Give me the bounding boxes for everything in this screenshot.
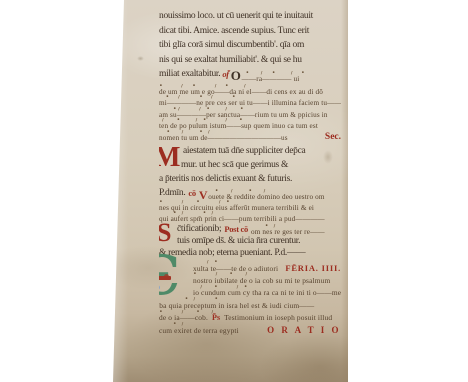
text-block: nouissimo loco. ut cū uenerit qui te inu… xyxy=(159,9,341,335)
chant-text: xulta te——te de o adiutori xyxy=(193,265,278,272)
prayer-text-line: a p̄teritis nos delictis exuant & futuri… xyxy=(159,172,341,186)
chant-line: ″ ′ ∙∕ ″ ′ ∕ ∙ ″′ ∕ ″ ∙ am su————per san… xyxy=(159,107,341,118)
gospel-text-line: nouissimo loco. ut cū uenerit qui te inu… xyxy=(159,9,341,24)
gospel-text-line: nis qui se exaltat humiliabit'. & qui se… xyxy=(159,53,341,68)
communio-start-line: P.dmīn. cō V ′ ∙ ″ ∕ ′″ ∙ ′ ∕ ouete & re… xyxy=(159,186,341,200)
oratio-line: ′ ″ ∙ ∕ ′ cum exiret de terra egypti O R… xyxy=(159,322,341,335)
prayer-text: P.dmīn. xyxy=(159,186,185,200)
chant-text: ten de po pulum istum——sup quem inuo ca … xyxy=(159,123,341,129)
photo-background: nouissimo loco. ut cū uenerit qui te inu… xyxy=(0,0,468,382)
chant-line: ∙ ″ ′ ∕ ″ ∙ ′ ″ ∕ ∙ ′ nes qui in circuit… xyxy=(159,200,341,211)
rubric-postcommunio: Post cō xyxy=(224,223,248,235)
chant-text: de um me um e go——da ni el——di cens ex a… xyxy=(159,89,341,95)
chant-initial-o: O xyxy=(231,70,241,82)
chant-segment: ″ ′ ∙ ∕ ″ ′ om nes re ges ter re—— xyxy=(251,224,341,235)
chant-text: ——ra———— ui xyxy=(242,76,341,82)
chant-text: mi————ne pre ces ser ui tu——i illumina f… xyxy=(159,100,341,106)
psalm-verse-line: ∙ ″ ′ ∕ ″ ∙ ′ ∕ ″ de o ia——cob. P̄s Test… xyxy=(159,310,341,323)
chant-line: ″ ∙ ′ ∕ ″′ ∙ ∕ ″ ′ nomen tu um de———————… xyxy=(159,130,341,141)
chant-line: ′ ∙″ ∕ ′ ″ ∙ ′∕ ″ ′ ∙ ″ mi————ne pre ces… xyxy=(159,95,341,106)
initial-m: M xyxy=(159,145,180,171)
manuscript-page: nouissimo loco. ut cū uenerit qui te inu… xyxy=(113,0,348,382)
chant-text: om nes re ges ter re—— xyxy=(251,229,341,235)
rubric-offertory: of̄ xyxy=(222,67,228,82)
chant-segment: ′ ∙ ″ ∕ ′″ ∙ ′ ∕ ouete & reddite domino … xyxy=(208,189,341,200)
rubric-secreta: Sec. xyxy=(325,134,341,141)
gospel-text: miliat exaltabitur. xyxy=(159,67,220,82)
communio-chant-section: ∙ ″ ′ ∕ ″ ∙ ′ ″ ∕ ∙ ′ nes qui in circuit… xyxy=(159,200,341,223)
rubric-feria-iiii: FĒRIA. IIII. xyxy=(285,264,341,272)
chant-text: cum exiret de terra egypti O R A T I O xyxy=(159,327,341,334)
prayer-text-line: mur. ut hec scā que gerimus & xyxy=(159,158,341,172)
chant-text: nostro iubilate de o ia cob su mi te psa… xyxy=(193,277,341,284)
gospel-text-line: tibi glīa corā simul discumbentib'. qīa … xyxy=(159,38,341,53)
initial-e-red-bar xyxy=(159,276,171,280)
introit-section: Є ′ ″ ∕ ∙ ″′ xulta te——te de o adiutori … xyxy=(159,259,341,335)
chant-line: ∙′″ ′ ∕ ″∙ ′ ″ ∕′ ∙ ″ ′∕ de um me um e g… xyxy=(159,84,341,95)
chant-text: am su————per sanctua——rium tu um & ppici… xyxy=(159,112,341,118)
chant-text: io cundum cum cy tha ra ca ni te ini ti … xyxy=(193,289,341,296)
secreta-section: M aiestatem tuā dn̄e suppliciter dep̄ca … xyxy=(159,144,341,200)
rubric-psalm: P̄s xyxy=(212,313,220,322)
chant-segment: ″∙ ′ ∕″ ∙′ ″ ∕ ′∙ ——ra———— ui xyxy=(242,71,341,82)
initial-e-glyph: Є xyxy=(159,243,180,307)
chant-initial-v: V xyxy=(199,190,207,200)
illuminated-initial-e: Є xyxy=(159,250,189,306)
postcommunio-line: c̄tificationib; Post cō ″ ′ ∙ ∕ ″ ′ om n… xyxy=(159,223,341,235)
initial-s: S xyxy=(159,221,171,245)
prayer-text-line: tuis omīpe ds̄. & uicia n̄ra curentur. xyxy=(159,235,341,247)
chant-text: nes qui in circuitu eius afferūt munera … xyxy=(159,205,341,211)
prayer-text-line: aiestatem tuā dn̄e suppliciter dep̄ca xyxy=(159,144,341,158)
gospel-chant-line: miliat exaltabitur. of̄ O ″∙ ′ ∕″ ∙′ ″ ∕… xyxy=(159,67,341,82)
gospel-text-line: dicat tibi. Amice. ascende supius. Tunc … xyxy=(159,24,341,39)
chant-text: de o ia——cob. P̄s Testimonium in ioseph … xyxy=(159,314,341,321)
chant-line: ′∕ ″ ∙ ′ ″∕ ∙ ′ ″ ∕ ′ ∙ ten de po pulum … xyxy=(159,118,341,129)
parchment-stain xyxy=(137,56,144,61)
offertory-chant-section: ∙′″ ′ ∕ ″∙ ′ ″ ∕′ ∙ ″ ′∕ de um me um e g… xyxy=(159,84,341,141)
chant-line: ′ ″ ∙ ∕ ′ ″ ∙ ∕ ″ ′ qui aufert spm̄ prin… xyxy=(159,211,341,222)
chant-text: qui aufert spm̄ prin ci——pum terribili a… xyxy=(159,216,341,222)
rubric-communio: cō xyxy=(188,186,195,200)
chant-text: nomen tu um de——————————us Sec. xyxy=(159,134,341,141)
chant-segment: ′ ″ ∕ ∙ ″′ xulta te——te de o adiutori xyxy=(193,260,278,272)
rubric-oratio: O R A T I O xyxy=(267,327,341,334)
